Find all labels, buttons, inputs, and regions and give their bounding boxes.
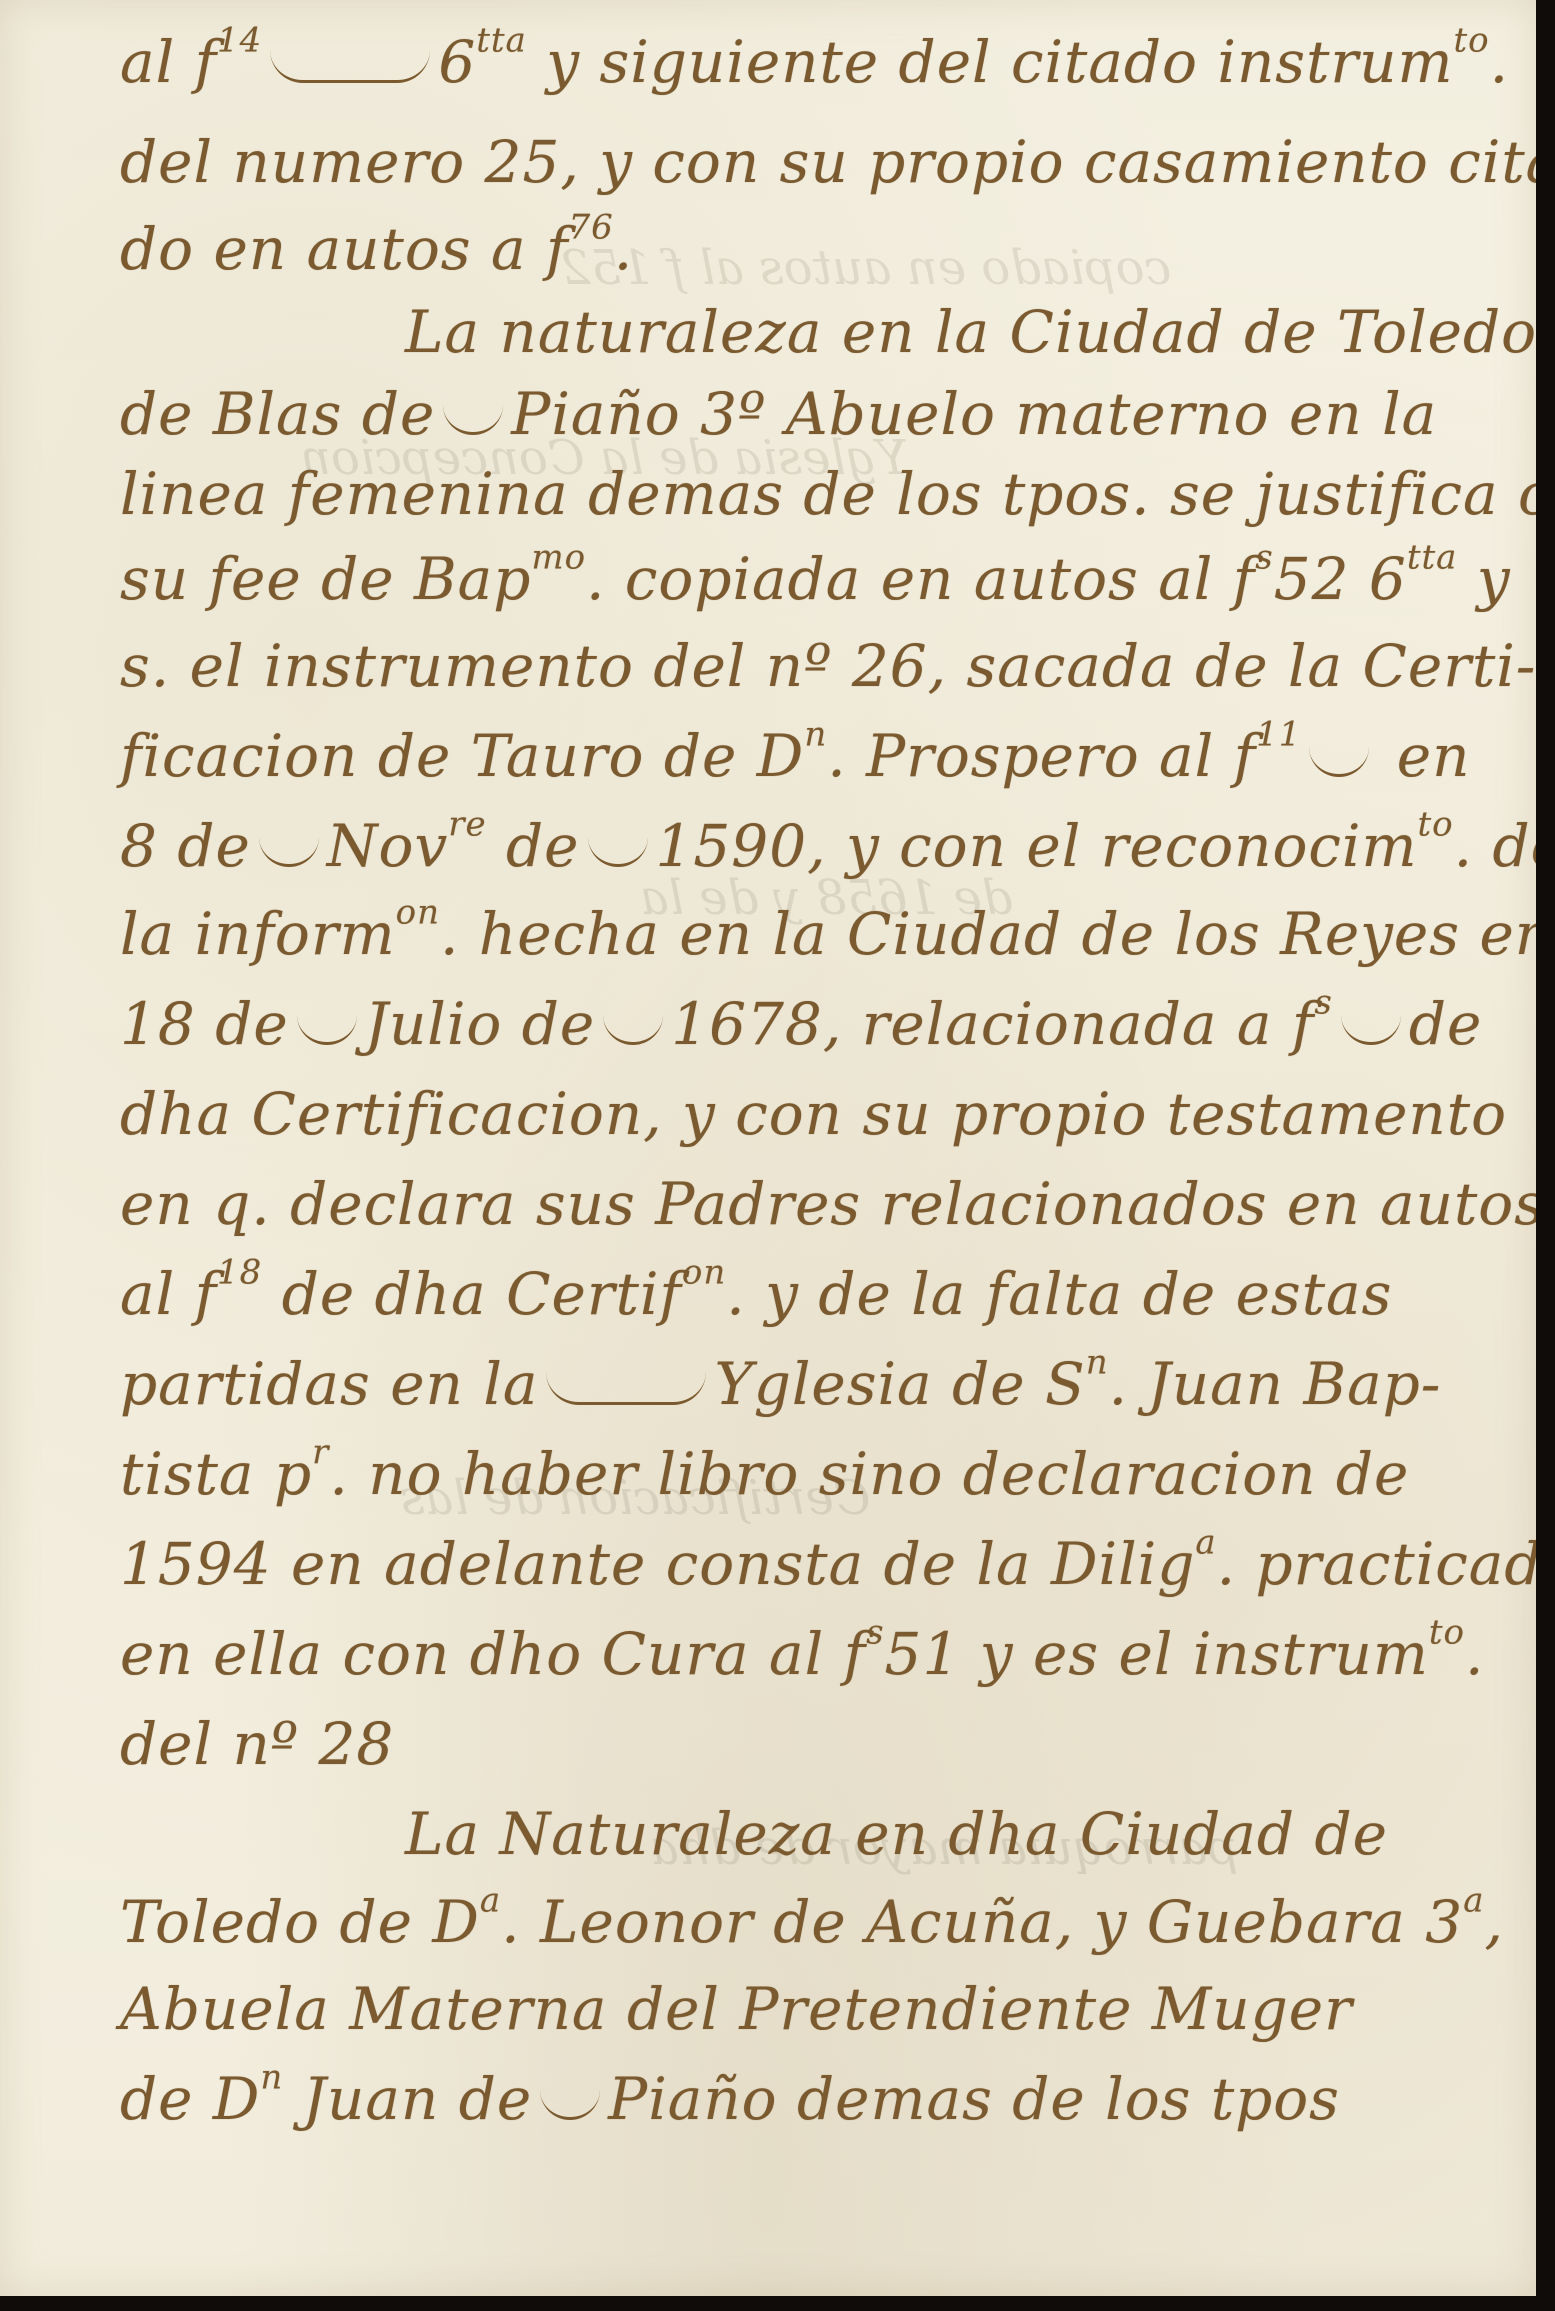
abbreviation-superscript: a xyxy=(480,1880,501,1920)
text-segment: de D xyxy=(120,2065,260,2133)
manuscript-line: Toledo de Da. Leonor de Acuña, y Guebara… xyxy=(120,1888,1504,1956)
text-segment: al f xyxy=(120,1260,217,1328)
text-segment: s. el instrumento del nº 26, sacada de l… xyxy=(120,632,1536,700)
text-segment: . Prospero al f xyxy=(827,722,1256,790)
manuscript-line: del nº 28 xyxy=(120,1710,394,1778)
text-segment: Piaño 3º Abuelo materno en la xyxy=(511,380,1437,448)
abbreviation-superscript: tta xyxy=(1407,537,1458,577)
text-segment: . practicada xyxy=(1217,1530,1555,1598)
manuscript-line: al f18 de dha Certifon. y de la falta de… xyxy=(120,1260,1392,1328)
abbreviation-superscript: a xyxy=(1463,1880,1484,1920)
text-segment: Julio de xyxy=(365,990,596,1058)
manuscript-line: del numero 25, y con su propio casamient… xyxy=(120,128,1555,196)
text-segment: La naturaleza en la Ciudad de Toledo xyxy=(405,298,1537,366)
text-segment: y xyxy=(1457,545,1510,613)
abbreviation-superscript: 76 xyxy=(568,207,613,247)
text-segment: en xyxy=(1377,722,1470,790)
pen-flourish xyxy=(270,50,430,83)
pen-flourish xyxy=(588,834,648,867)
text-segment: su fee de Bap xyxy=(120,545,531,613)
manuscript-line: 18 deJulio de1678, relacionada a fsde xyxy=(120,990,1482,1058)
manuscript-line: su fee de Bapmo. copiada en autos al fs5… xyxy=(120,545,1511,613)
text-segment: . copiada en autos al f xyxy=(586,545,1255,613)
text-segment: la inform xyxy=(120,900,396,968)
text-segment: Juan de xyxy=(283,2065,532,2133)
text-segment: tista p xyxy=(120,1440,312,1508)
manuscript-line: de Dn Juan dePiaño demas de los tpos xyxy=(120,2065,1340,2133)
text-segment: linea femenina demas de los tpos. se jus… xyxy=(120,460,1555,528)
abbreviation-superscript: 14 xyxy=(217,20,262,60)
pen-flourish xyxy=(259,834,319,867)
abbreviation-superscript: 18 xyxy=(217,1252,262,1292)
text-segment: dha Certificacion, y con su propio testa… xyxy=(120,1080,1507,1148)
bleed-through-text: copiado en autos al f 152 xyxy=(560,240,1171,296)
abbreviation-superscript: re xyxy=(448,804,486,844)
abbreviation-superscript: tta xyxy=(476,20,527,60)
manuscript-line: 8 deNovre de1590, y con el reconocimto. … xyxy=(120,812,1555,880)
scan-border-bottom xyxy=(0,2296,1555,2311)
manuscript-line: 1594 en adelante consta de la Diliga. pr… xyxy=(120,1530,1555,1598)
abbreviation-superscript: to xyxy=(1453,20,1489,60)
text-segment: y siguiente del citado instrum xyxy=(527,28,1454,96)
text-segment: partidas en la xyxy=(120,1350,538,1418)
pen-flourish xyxy=(546,1372,706,1405)
abbreviation-superscript: s xyxy=(1314,982,1332,1022)
text-segment: Piaño demas de los tpos xyxy=(608,2065,1340,2133)
text-segment: do en autos a f xyxy=(120,215,568,283)
abbreviation-superscript: s xyxy=(1255,537,1273,577)
abbreviation-superscript: mo xyxy=(531,537,586,577)
text-segment: ficacion de Tauro de D xyxy=(120,722,804,790)
pen-flourish xyxy=(443,402,503,435)
manuscript-line: al f146tta y siguiente del citado instru… xyxy=(120,28,1509,96)
manuscript-line: do en autos a f76. xyxy=(120,215,633,283)
text-segment: de xyxy=(1409,990,1482,1058)
manuscript-line: La naturaleza en la Ciudad de Toledo xyxy=(405,298,1537,366)
manuscript-line: en ella con dho Cura al fs51 y es el ins… xyxy=(120,1620,1484,1688)
manuscript-line: ficacion de Tauro de Dn. Prospero al f11… xyxy=(120,722,1470,790)
text-segment: . hecha en la Ciudad de los Reyes en xyxy=(440,900,1553,968)
manuscript-line: partidas en laYglesia de Sn. Juan Bap- xyxy=(120,1350,1441,1418)
manuscript-line: linea femenina demas de los tpos. se jus… xyxy=(120,460,1555,528)
text-segment: de dha Certif xyxy=(262,1260,682,1328)
text-segment: , xyxy=(1484,1888,1503,1956)
text-segment: 18 de xyxy=(120,990,289,1058)
pen-flourish xyxy=(540,2087,600,2120)
text-segment: . no haber libro sino declaracion de xyxy=(329,1440,1409,1508)
text-segment: Nov xyxy=(327,812,448,880)
text-segment: . y de la falta de estas xyxy=(726,1260,1392,1328)
manuscript-line: Abuela Materna del Pretendiente Muger xyxy=(120,1975,1353,2043)
abbreviation-superscript: r xyxy=(312,1432,329,1472)
manuscript-line: s. el instrumento del nº 26, sacada de l… xyxy=(120,632,1536,700)
abbreviation-superscript: s xyxy=(866,1612,884,1652)
text-segment: La Naturaleza en dha Ciudad de xyxy=(405,1800,1388,1868)
text-segment: 1594 en adelante consta de la Dilig xyxy=(120,1530,1195,1598)
text-segment: 52 6 xyxy=(1274,545,1407,613)
abbreviation-superscript: to xyxy=(1429,1612,1465,1652)
manuscript-line: tista pr. no haber libro sino declaracio… xyxy=(120,1440,1409,1508)
text-segment: del nº 28 xyxy=(120,1710,394,1778)
abbreviation-superscript: 11 xyxy=(1256,714,1301,754)
abbreviation-superscript: n xyxy=(1086,1342,1109,1382)
text-segment: en ella con dho Cura al f xyxy=(120,1620,866,1688)
abbreviation-superscript: to xyxy=(1417,804,1453,844)
text-segment: . xyxy=(1465,1620,1484,1688)
text-segment: . Juan Bap- xyxy=(1109,1350,1442,1418)
text-segment: 6 xyxy=(438,28,476,96)
manuscript-line: en q. declara sus Padres relacionados en… xyxy=(120,1170,1545,1238)
abbreviation-superscript: on xyxy=(682,1252,726,1292)
text-segment: 1678, relacionada a f xyxy=(671,990,1314,1058)
text-segment: Toledo de D xyxy=(120,1888,480,1956)
manuscript-page: copiado en autos al f 152Yglesia de la C… xyxy=(0,0,1536,2296)
text-segment: en q. declara sus Padres relacionados en… xyxy=(120,1170,1545,1238)
text-segment: al f xyxy=(120,28,217,96)
text-segment: Yglesia de S xyxy=(714,1350,1085,1418)
pen-flourish xyxy=(1341,1012,1401,1045)
abbreviation-superscript: n xyxy=(260,2057,283,2097)
manuscript-line: La Naturaleza en dha Ciudad de xyxy=(405,1800,1388,1868)
text-segment: . xyxy=(614,215,633,283)
text-segment: 8 de xyxy=(120,812,251,880)
pen-flourish xyxy=(603,1012,663,1045)
pen-flourish xyxy=(1309,744,1369,777)
text-segment: de xyxy=(487,812,580,880)
abbreviation-superscript: on xyxy=(396,892,440,932)
scan-border-right xyxy=(1536,0,1555,2311)
manuscript-line: de Blas dePiaño 3º Abuelo materno en la xyxy=(120,380,1437,448)
pen-flourish xyxy=(297,1012,357,1045)
text-segment: del numero 25, y con su propio casamient… xyxy=(120,128,1555,196)
manuscript-line: la informon. hecha en la Ciudad de los R… xyxy=(120,900,1553,968)
text-segment: de Blas de xyxy=(120,380,435,448)
text-segment: . xyxy=(1490,28,1509,96)
text-segment: 51 y es el instrum xyxy=(885,1620,1429,1688)
text-segment: Abuela Materna del Pretendiente Muger xyxy=(120,1975,1353,2043)
abbreviation-superscript: a xyxy=(1195,1522,1216,1562)
abbreviation-superscript: n xyxy=(804,714,827,754)
text-segment: . Leonor de Acuña, y Guebara 3 xyxy=(501,1888,1463,1956)
text-segment: 1590, y con el reconocim xyxy=(656,812,1418,880)
manuscript-line: dha Certificacion, y con su propio testa… xyxy=(120,1080,1507,1148)
